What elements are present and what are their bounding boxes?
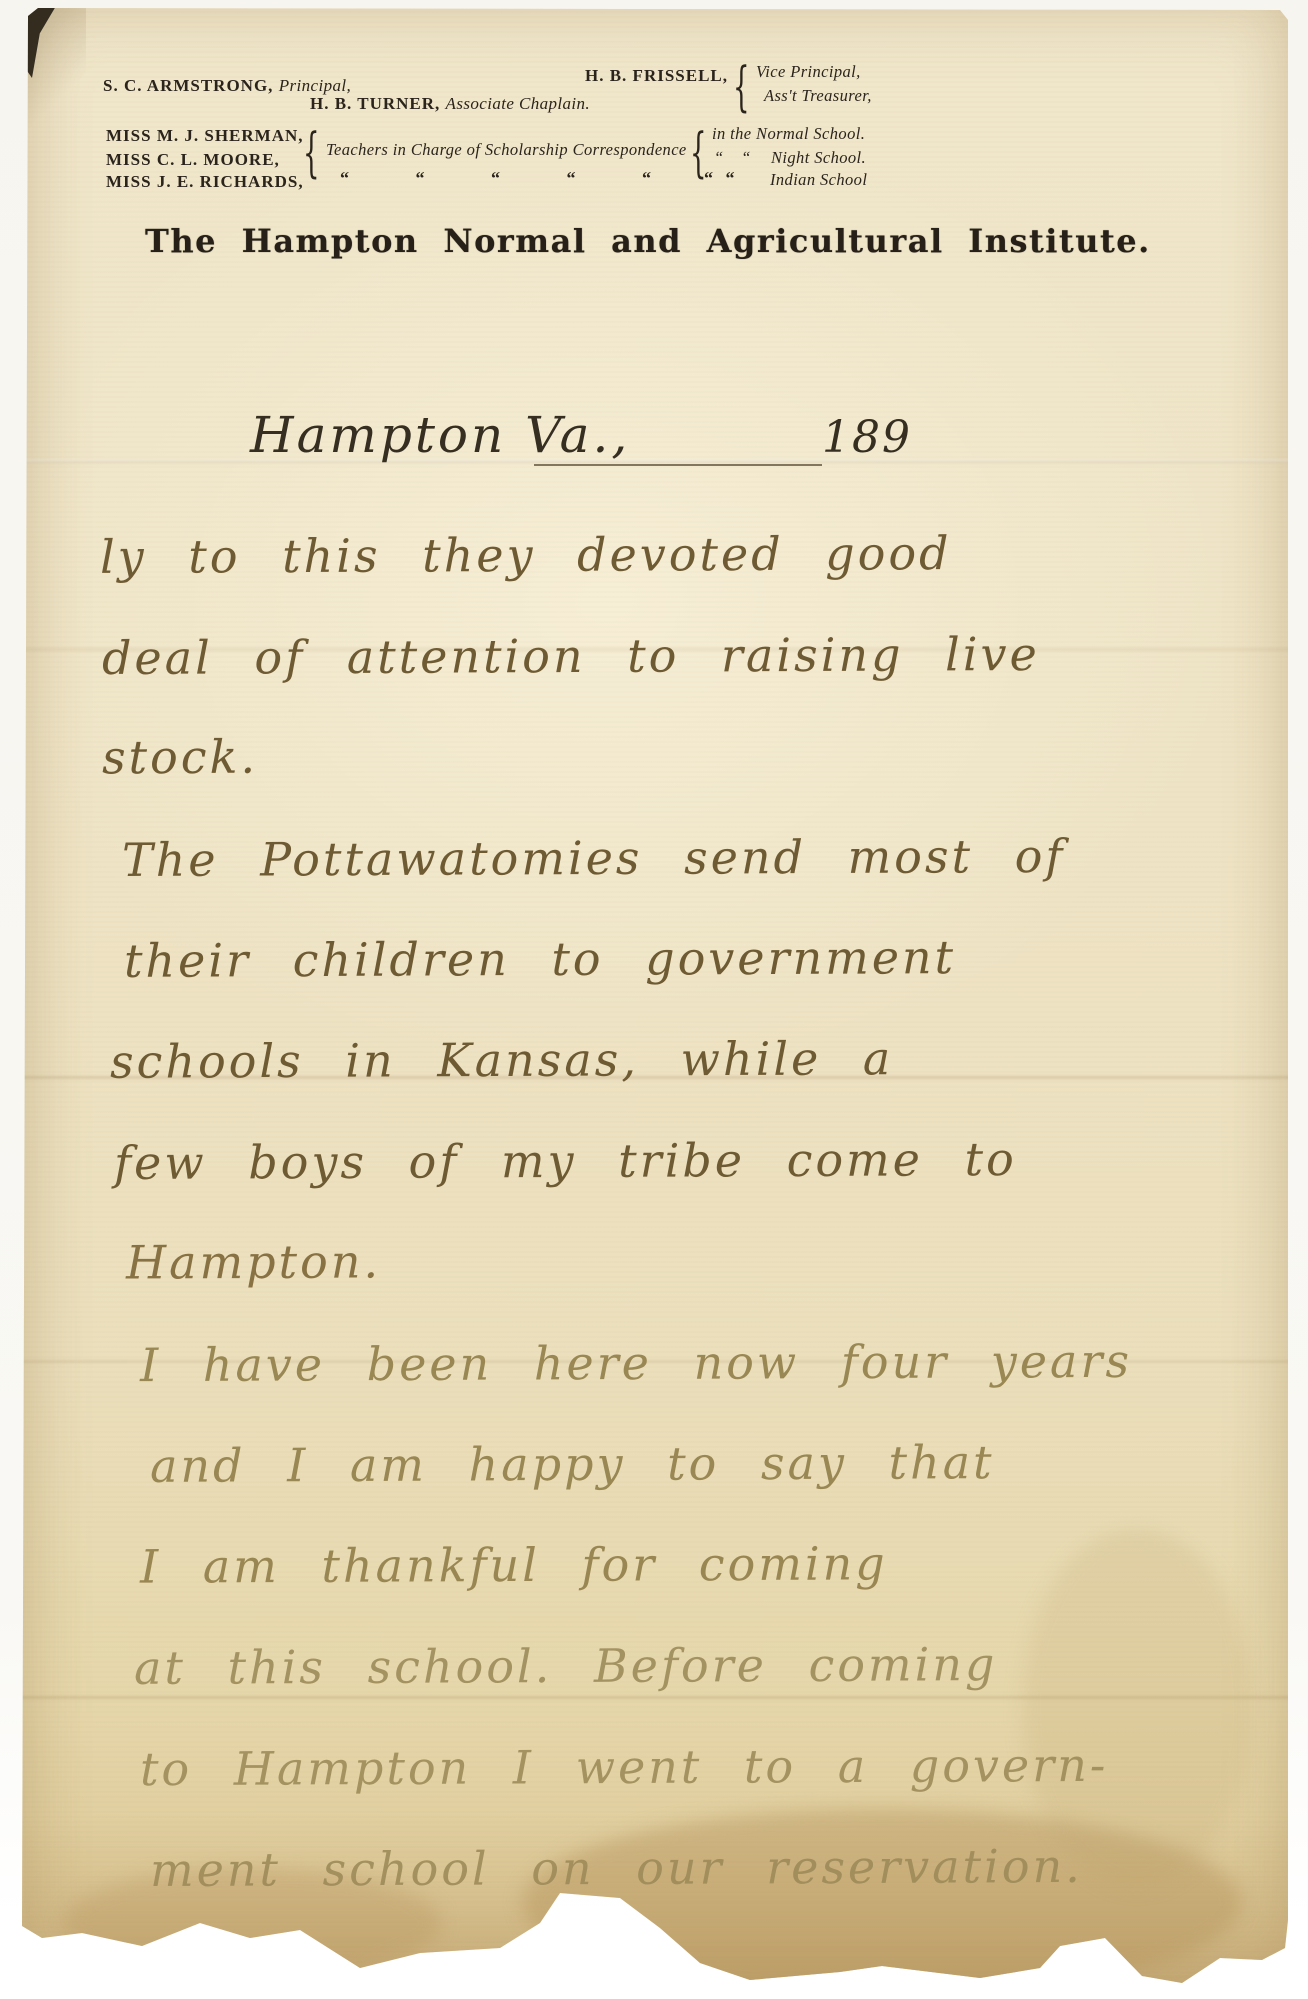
dateline-year: 189 [822,412,912,463]
teacher-sherman: MISS M. J. SHERMAN, [106,126,304,146]
letterhead-chaplain: H. B. TURNER, Associate Chaplain. [310,94,590,114]
handwritten-line-3: stock. [102,730,258,785]
stain-blob [1022,1528,1252,1888]
principal-title: Principal, [279,76,351,95]
chaplain-name: H. B. TURNER, [310,94,440,113]
school-indian: Indian School [770,170,867,190]
school-normal: in the Normal School. [712,124,865,144]
handwritten-line-9: I have been here now four years [140,1334,1132,1392]
vice-principal-title-2: Ass't Treasurer, [764,86,872,106]
letter-paper: S. C. ARMSTRONG, Principal, H. B. FRISSE… [22,8,1292,1988]
handwritten-line-13: to Hampton I went to a govern- [140,1738,1109,1796]
ditto-marks: “ “ [714,148,750,167]
teacher-moore: MISS C. L. MOORE, [106,150,280,170]
school-night: Night School. [771,148,866,167]
handwritten-line-2: deal of attention to raising live [102,627,1040,685]
vice-principal-title-1: Vice Principal, [756,62,861,82]
vice-principal-name: H. B. FRISSELL, [585,66,728,85]
date-blank-line [534,464,822,466]
handwritten-line-10: and I am happy to say that [150,1435,995,1493]
handwritten-line-4: The Pottawatomies send most of [122,829,1066,887]
ditto-marks: “ “ “ “ “ [340,168,651,188]
handwritten-line-8: Hampton. [126,1234,381,1289]
handwritten-line-14: ment school on our reservation. [150,1839,1083,1897]
dateline-place: Hampton Va., [250,406,630,464]
ditto-marks: “ “ [704,168,735,188]
fold-crease [22,460,1292,463]
ditto-marks-row: “ “ “ “ “ [340,168,651,189]
teachers-role: Teachers in Charge of Scholarship Corres… [326,140,687,160]
teacher-richards: MISS J. E. RICHARDS, [106,172,304,192]
handwritten-line-11: I am thankful for coming [140,1536,888,1593]
handwritten-line-12: at this school. Before coming [134,1637,998,1695]
scan-background: { "colors": { "paper": "#eee3c5", "paper… [0,0,1308,1999]
brace-glyph: { [303,124,320,186]
principal-name: S. C. ARMSTRONG, [103,76,273,95]
letterhead-principal: S. C. ARMSTRONG, Principal, [103,76,351,96]
handwritten-line-5: their children to government [124,930,956,988]
handwritten-line-6: schools in Kansas, while a [110,1031,894,1088]
letterhead-vice-principal: H. B. FRISSELL, [585,66,728,86]
brace-glyph: { [733,58,750,120]
handwritten-line-7: few boys of my tribe come to [114,1132,1017,1190]
chaplain-title: Associate Chaplain. [446,94,591,113]
school-night-row: “ “ Night School. [714,148,866,168]
ditto-marks-right: “ “ [704,168,735,189]
handwritten-line-1: ly to this they devoted good [100,526,952,584]
institute-title: The Hampton Normal and Agricultural Inst… [145,222,1151,260]
